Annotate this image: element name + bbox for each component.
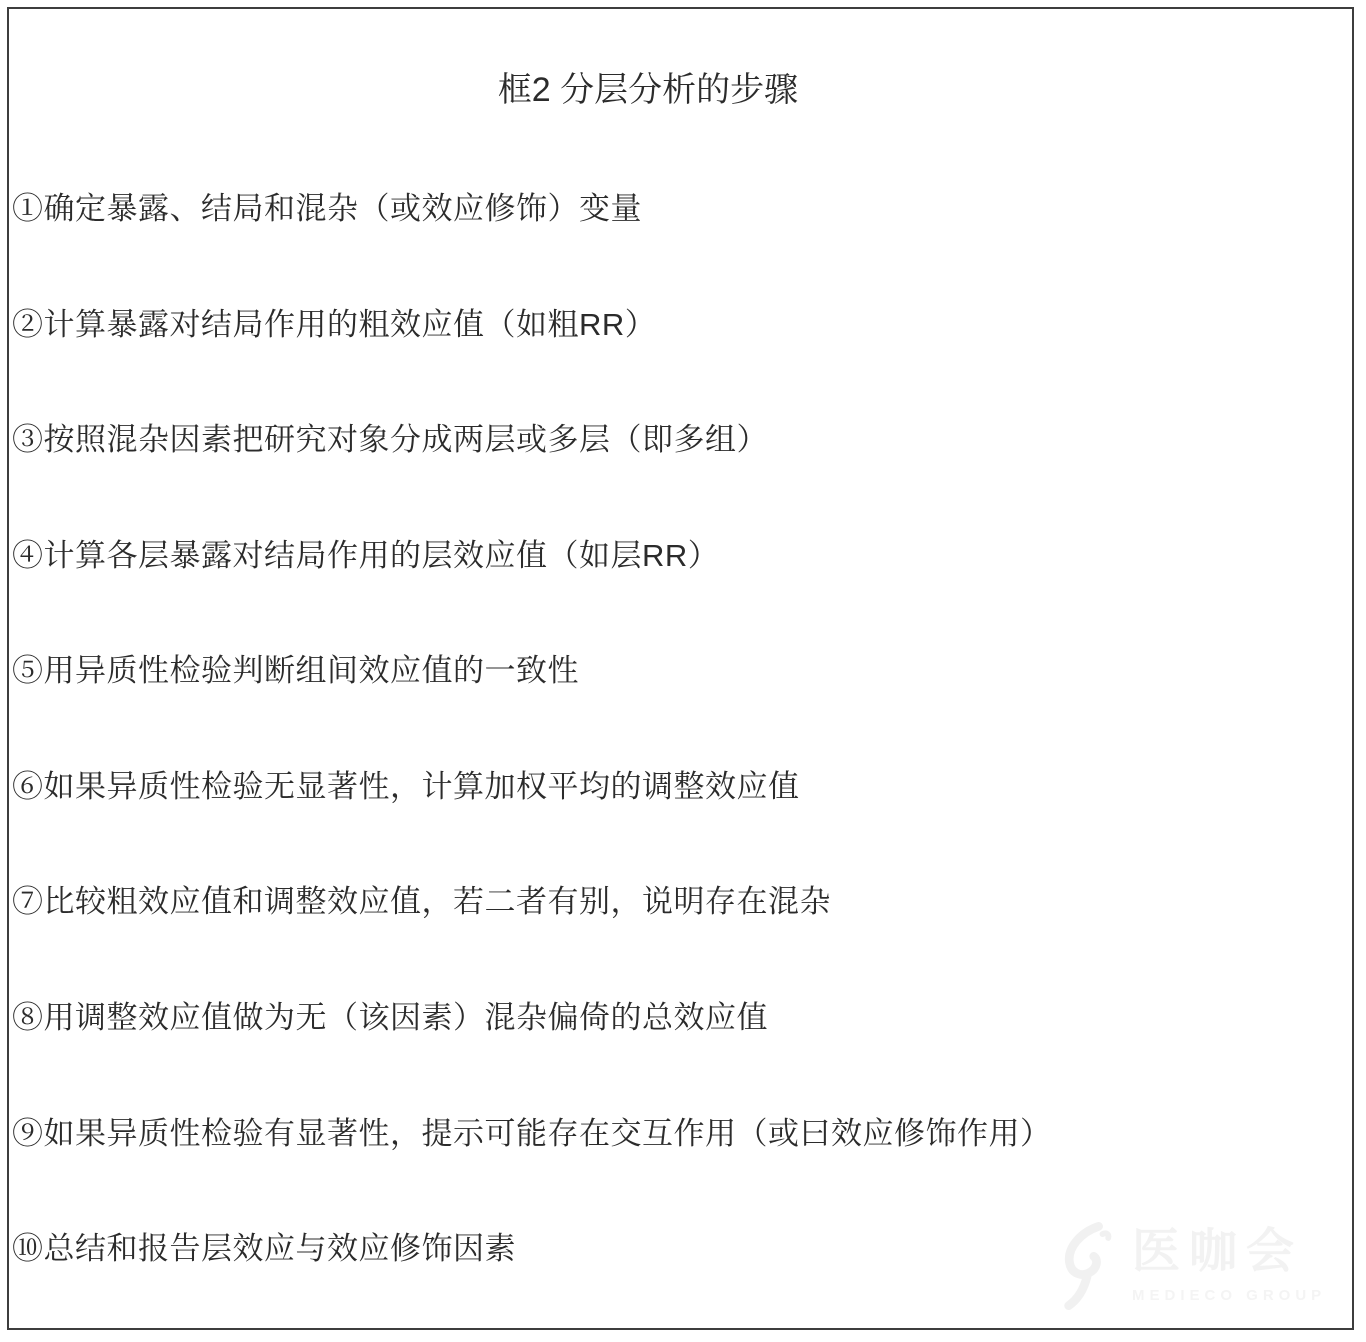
step-item-1: ①确定暴露、结局和混杂（或效应修饰）变量 <box>12 191 642 227</box>
step-item-7: ⑦比较粗效应值和调整效应值，若二者有别，说明存在混杂 <box>12 884 831 920</box>
box-title: 框2 分层分析的步骤 <box>0 72 1296 109</box>
watermark-brand-en: MEDIECO GROUP <box>1132 1288 1326 1303</box>
step-item-2: ②计算暴露对结局作用的粗效应值（如粗RR） <box>12 307 656 343</box>
watermark-brand-cn: 医咖会 <box>1132 1228 1303 1276</box>
step-item-8: ⑧用调整效应值做为无（该因素）混杂偏倚的总效应值 <box>12 1000 768 1036</box>
mediecogroup-logo-icon <box>1058 1222 1116 1310</box>
watermark-text: 医咖会 MEDIECO GROUP <box>1132 1222 1326 1303</box>
step-item-9: ⑨如果异质性检验有显著性，提示可能存在交互作用（或曰效应修饰作用） <box>12 1116 1052 1152</box>
watermark: 医咖会 MEDIECO GROUP <box>1058 1222 1326 1310</box>
step-item-5: ⑤用异质性检验判断组间效应值的一致性 <box>12 653 579 689</box>
step-item-4: ④计算各层暴露对结局作用的层效应值（如层RR） <box>12 538 719 574</box>
step-item-3: ③按照混杂因素把研究对象分成两层或多层（即多组） <box>12 422 768 458</box>
step-item-6: ⑥如果异质性检验无显著性，计算加权平均的调整效应值 <box>12 769 800 805</box>
step-item-10: ⑩总结和报告层效应与效应修饰因素 <box>12 1231 516 1267</box>
